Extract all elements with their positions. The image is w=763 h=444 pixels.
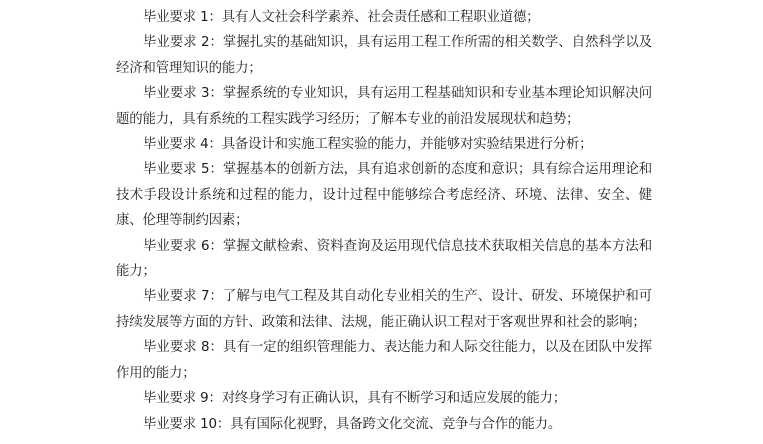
- requirement-4: 毕业要求 4：具备设计和实施工程实验的能力，并能够对实验结果进行分析；: [116, 132, 652, 157]
- requirement-10: 毕业要求 10：具有国际化视野，具备跨文化交流、竞争与合作的能力。: [116, 412, 652, 437]
- requirement-text: 对终身学习有正确认识，具有不断学习和适应发展的能力；: [222, 391, 566, 406]
- requirement-label: 毕业要求 8：: [143, 340, 223, 355]
- requirement-9: 毕业要求 9：对终身学习有正确认识，具有不断学习和适应发展的能力；: [116, 386, 652, 411]
- requirement-7: 毕业要求 7：了解与电气工程及其自动化专业相关的生产、设计、研发、环境保护和可持…: [116, 284, 652, 335]
- requirement-label: 毕业要求 7：: [143, 289, 223, 304]
- requirement-label: 毕业要求 1：: [143, 10, 222, 25]
- requirement-label: 毕业要求 10：: [143, 417, 230, 432]
- requirement-8: 毕业要求 8：具有一定的组织管理能力、表达能力和人际交往能力，以及在团队中发挥作…: [116, 335, 652, 386]
- requirement-2: 毕业要求 2：掌握扎实的基础知识，具有运用工程工作所需的相关数学、自然科学以及经…: [116, 30, 652, 81]
- requirement-label: 毕业要求 3：: [143, 86, 223, 101]
- requirement-label: 毕业要求 4：: [143, 137, 222, 152]
- requirement-1: 毕业要求 1：具有人文社会科学素养、社会责任感和工程职业道德；: [116, 5, 652, 30]
- requirement-label: 毕业要求 5：: [143, 162, 223, 177]
- requirement-text: 具备设计和实施工程实验的能力，并能够对实验结果进行分析；: [222, 137, 593, 152]
- requirement-text: 具有人文社会科学素养、社会责任感和工程职业道德；: [222, 10, 540, 25]
- requirement-text: 具有国际化视野，具备跨文化交流、竞争与合作的能力。: [230, 417, 561, 432]
- requirement-label: 毕业要求 6：: [143, 239, 223, 254]
- requirement-6: 毕业要求 6：掌握文献检索、资料查询及运用现代信息技术获取相关信息的基本方法和能…: [116, 234, 652, 285]
- requirement-label: 毕业要求 2：: [143, 35, 223, 50]
- requirement-label: 毕业要求 9：: [143, 391, 222, 406]
- requirement-5: 毕业要求 5：掌握基本的创新方法，具有追求创新的态度和意识；具有综合运用理论和技…: [116, 157, 652, 233]
- graduation-requirements-document: 毕业要求 1：具有人文社会科学素养、社会责任感和工程职业道德； 毕业要求 2：掌…: [116, 5, 652, 437]
- requirement-3: 毕业要求 3：掌握系统的专业知识，具有运用工程基础知识和专业基本理论知识解决问题…: [116, 81, 652, 132]
